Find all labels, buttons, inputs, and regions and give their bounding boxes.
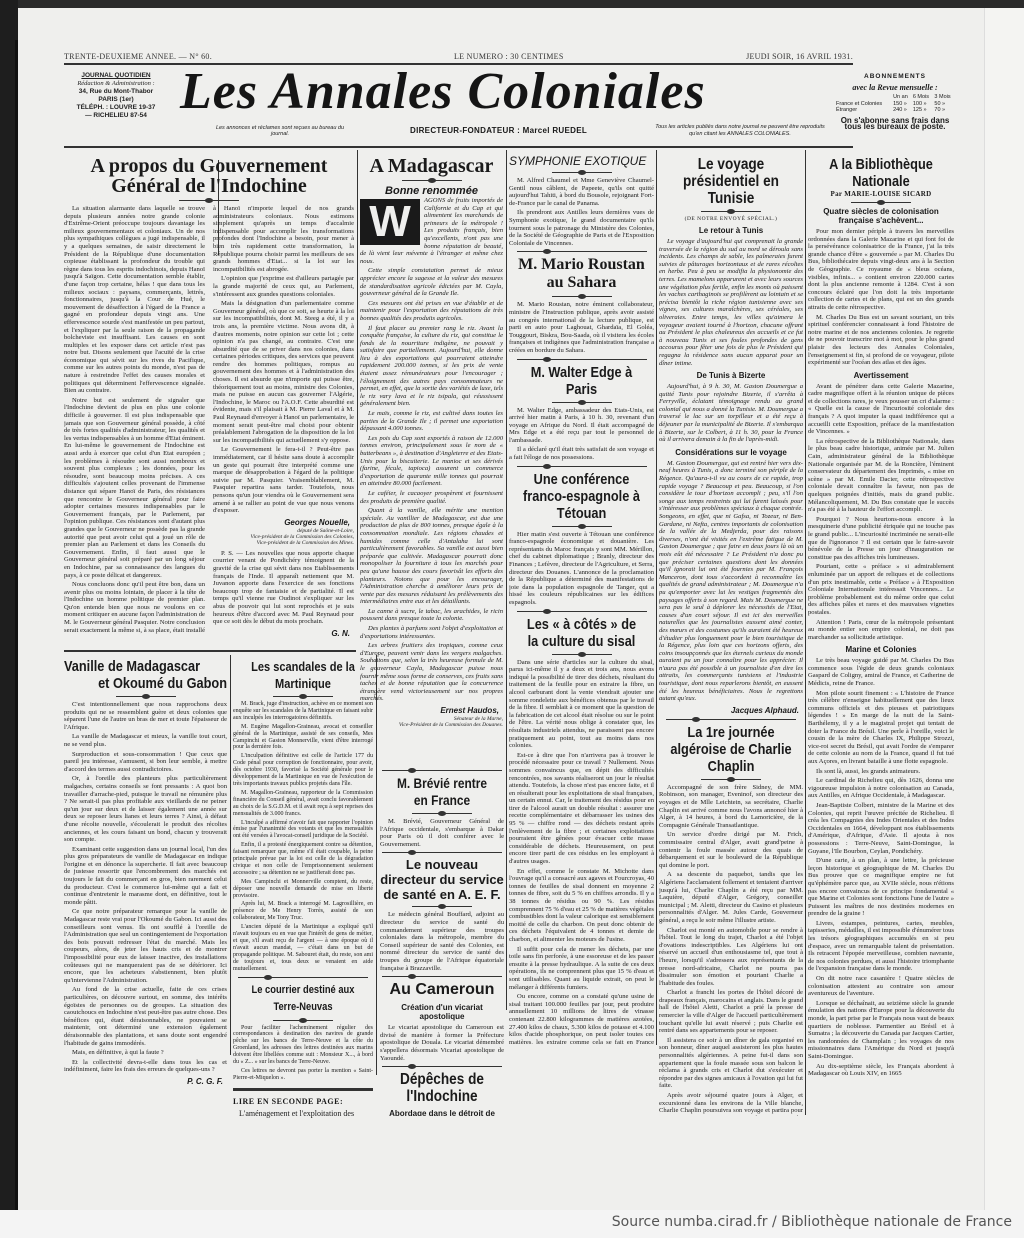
subs-cell: 240 » [892,107,912,114]
signature: G. N. [217,629,350,638]
header-rule-bottom [64,146,853,148]
paragraph: Cette simple constatation permet de mieu… [360,267,503,297]
telephone-1: TÉLÉPH. : LOUVRE 19-37 [64,104,168,112]
paragraph: Examinant cette suggestion dans un journ… [64,846,227,907]
article-vanille: Vanille de Madagascar et Okoumé du Gabon… [64,658,227,1118]
paragraph: Le médecin général Bouffard, adjoint au … [380,911,504,972]
section-heading: Considérations sur le voyage [659,448,803,457]
ornament [517,251,647,252]
paragraph: Après avoir séjourné quatre jours à Alge… [659,1092,803,1116]
subhead: Création d'un vicariat apostolique [380,1003,504,1021]
paragraph: Le très beau voyage guidé par M. Charles… [808,657,954,687]
paragraph: Le maïs, comme le riz, est cultivé dans … [360,410,503,433]
article-bibliotheque: A la Bibliothèque Nationale Par MARIE-LO… [808,156,954,1116]
subscriptions-table: Un an 6 Mois 3 Mois France et Colonies 1… [835,94,955,114]
ornament [552,526,612,527]
paragraph: Pour faciliter l'acheminement régulier d… [233,1025,373,1066]
paragraph: M. Mario Roustan, notre éminent collabor… [509,301,654,354]
headline-sisal: Les « à côtés » de la culture du sisal [520,616,643,650]
subhead: Quatre siècles de colonisation française… [808,207,954,225]
column-rule [230,655,231,1055]
paragraph: M. Brack, juge d'instruction, achève en … [233,701,373,722]
paragraph: M. Alfred Chaumel et Mme Geneviève Chaum… [509,177,654,207]
ornament [238,977,368,978]
scan-border-top [0,0,1024,8]
edition-number: TRENTE-DEUXIEME ANNEE. — N° 60. [64,52,212,61]
paragraph: M. Eugène Magallon-Graineau, avocat et c… [233,724,373,752]
section-rule [64,650,356,652]
ornament [666,719,796,720]
subscriptions-box: ABONNEMENTS avec la Revue mensuelle : Un… [835,74,955,134]
paragraph: En effet, comme le constate M. Michotte … [509,868,654,944]
headline-roustan: M. Mario Roustan au Sahara [509,256,654,292]
page-edge [15,40,18,1210]
headline-voyage: Le voyage présidentiel en Tunisie [670,156,792,207]
issue-price: LE NUMERO : 30 CENTIMES [454,52,564,61]
signature-title: Vice-Président de la Commission des Doua… [360,722,503,728]
paragraph: Livres, estampes, peintures, cartes, meu… [808,920,954,973]
paragraph: Le caféier, le cacaoyer prospèrent et fo… [360,490,503,505]
ornament [402,180,462,181]
signature: Georges Nouelle, [217,518,350,527]
paragraph: Ces mesures ont été prises en vue d'étab… [360,300,503,323]
paragraph: On dit notre race casanière ! Quatre siè… [808,975,954,998]
journal-type: JOURNAL QUOTIDIEN [64,72,168,80]
paragraph: Il suffit pour cela de mener les déchets… [509,946,654,992]
paragraph: Ces lettres ne devront pas porter la men… [233,1068,373,1082]
paragraph: La vanille de Madagascar et mieux, la va… [64,733,227,748]
paragraph: Mon pilote sourit finement : « L'histoir… [808,690,954,766]
paragraph: Au fond de la crise actuelle, faite de c… [64,986,227,1047]
subscriptions-note: On s'abonne sans frais dans tous les bur… [835,118,955,131]
column-2-bottom: Les scandales de la Martinique M. Brack,… [233,658,373,1118]
paragraph: M. Gaston Doumergue, qui est rentré hier… [659,460,803,703]
column-rule [357,150,358,570]
paragraph: Jean-Baptiste Colbert, ministre de la Ma… [808,802,954,855]
ornament [517,466,647,467]
ornament [116,696,176,697]
paragraph: Charlot a franchi les portes de l'hôtel … [659,989,803,1035]
subhead: Abordage dans le détroit de Haïnan [380,1109,504,1116]
headline-madagascar: A Madagascar [360,156,503,176]
paragraph: L'inculpé a affirmé n'avoir fait que rap… [233,820,373,841]
byline: Par MARIE-LOUISE SICARD [808,190,954,198]
paragraph: Pourtant, cette « préface » si admirable… [808,563,954,616]
section-heading: Le retour à Tunis [659,226,803,235]
column-4: SYMPHONIE EXOTIQUE M. Alfred Chaumel et … [509,154,654,1044]
ornament [273,696,333,697]
ornament [382,770,502,771]
headline-bibliotheque: A la Bibliothèque Nationale [819,156,943,190]
paragraph: La situation alarmante dans laquelle se … [64,205,205,395]
headline-indochine: A propos du Gouvernement Général de l'In… [64,156,354,196]
column-rule [506,150,507,1010]
headline-martinique: Les scandales de la Martinique [244,658,363,692]
lire-heading: LIRE EN SECONDE PAGE: [233,1097,373,1106]
paragraph: Est-ce à dire que l'on n'arrivera pas à … [509,752,654,866]
column-5: Le voyage présidentiel en Tunisie (DE NO… [659,156,803,1116]
paragraph: M. Brévié, Gouverneur Général de l'Afriq… [380,818,504,848]
ornament [851,202,911,203]
subs-cell: 70 » [933,107,955,114]
masthead-title: Les Annales Coloniales [180,62,620,121]
column-rule [805,150,806,1115]
ornament [382,852,502,853]
headline-chaplin: La 1re journée algéroise de Charlie Chap… [670,724,792,775]
paragraph: Ce que notre préparateur remarque pour l… [64,908,227,984]
ornament [273,1020,333,1021]
paragraph: Après lui, M. Brack a interrogé M. Lagro… [233,901,373,922]
paragraph: Et la collectivité devra-t-elle dans tou… [64,1059,227,1074]
paragraph: M. Charles Du Bus est un savant souriant… [808,314,954,367]
telephone-2: — RICHELIEU 87-54 [64,112,168,120]
paragraph: Le vicariat apostolique du Cameroun est … [380,1024,504,1062]
paragraph: Or, à l'oreille des planteurs plus parti… [64,775,227,843]
rights-note: Tous les articles publiés dans notre jou… [650,124,830,137]
paragraph: Mais, en définitive, à qui la faute ? [64,1049,227,1057]
ads-note: Les annonces et réclames sont reçues au … [210,125,350,137]
paragraph: Ou encore, comme on a constaté qu'une us… [509,993,654,1044]
paragraph: Notre but est seulement de signaler que … [64,397,205,579]
section-heading: De Tunis à Bizerte [659,371,803,380]
lire-item: L'aménagement et l'exploitation des forê… [239,1109,373,1118]
column-rule [656,150,657,1045]
paragraph: Aujourd'hui, à 9 h. 30, M. Gaston Doumer… [659,383,803,444]
source-credit: Source numba.cirad.fr / Bibliothèque nat… [612,1214,1012,1230]
paragraph: Des plantes à parfums sont l'objet d'exp… [360,625,503,640]
headline-aef: Le nouveau directeur du service de santé… [380,857,504,902]
paragraph: Il assistera ce soir à un dîner de gala … [659,1037,803,1090]
paragraph: L'inculpation définitive est celle de l'… [233,753,373,788]
paragraph: C'est intentionnellement que nous rappro… [64,701,227,731]
signature: Ernest Haudos, [364,706,499,715]
paragraph: A sa descente du paquebot, tandis que le… [659,871,803,924]
section-rule [233,1088,373,1091]
subscriptions-subtitle: avec la Revue mensuelle : [835,85,955,92]
section-heading: Marine et Colonies [808,645,954,654]
subscriptions-title: ABONNEMENTS [835,74,955,81]
paragraph: Enfin, il a protesté énergiquement contr… [233,842,373,877]
ornament [412,906,472,907]
paragraph: Le Gouvernement le fera-t-il ? Peut-être… [213,446,354,514]
paragraph: Le voyage d'aujourd'hui qui comprenait l… [659,238,803,367]
paragraph: M. Magallon-Graineau, rapporteur de la C… [233,790,373,818]
scan-margin-right [984,8,1024,1210]
dropcap-illustration: W [360,199,420,245]
ornament [552,172,612,173]
paragraph: Un service d'ordre dirigé par M. Frich, … [659,831,803,869]
ornament [701,211,761,212]
ornament [382,976,502,977]
paragraph: Au dix-septième siècle, les Français abo… [808,1063,954,1078]
paragraph: Le cardinal de Richelieu qui, dès 1626, … [808,777,954,800]
redaction-label: Rédaction & Administration : [64,80,168,88]
address-city: PARIS (1er) [64,96,168,104]
paragraph: Mais la désignation d'un parlementaire c… [213,300,354,444]
paragraph: Les arbres fruitiers des tropiques, comm… [360,642,503,703]
headline-edge: M. Walter Edge à Paris [520,364,643,398]
subs-cell: 125 » [912,107,934,114]
headline-brevie: M. Brévié rentre en France [389,775,494,809]
signature: Jacques Alphaud. [663,706,799,715]
masthead-address-block: JOURNAL QUOTIDIEN Rédaction & Administra… [64,72,168,120]
paragraph: D'une carte, à un plan, à une lettre, la… [808,857,954,918]
section-heading: Avertissement [808,371,954,380]
signature: P. C. G. F. [68,1077,223,1086]
paragraph: L'ancien député de la Martinique a expli… [233,924,373,972]
ornament [701,779,761,780]
paragraph: Charlot est monté en automobile pour se … [659,927,803,988]
column-3-bottom: M. Brévié rentre en France M. Brévié, Go… [380,766,504,1116]
ornament [552,402,612,403]
paragraph: Hier matin s'est ouverte à Tétouan une c… [509,531,654,607]
subs-row-label: Étranger [835,107,892,114]
ornament [517,611,647,612]
kicker: Bonne renommée [360,185,503,197]
paragraph: Surproduction et sous-consommation ! Que… [64,751,227,774]
issue-date: JEUDI SOIR, 16 AVRIL 1931. [746,52,853,61]
postscript: P. S. — Les nouvelles que nous apporte c… [213,550,354,626]
ornament [552,654,612,655]
headline-terre-neuvas: Le courrier destiné aux Terre-Neuvas [244,982,363,1016]
headline-depeches: Dépêches de l'Indochine [389,1071,494,1105]
ornament [517,359,647,360]
paragraph: M. Walter Edge, ambassadeur des Etats-Un… [509,407,654,445]
paragraph: Les pois du Cap sont exportés à raison d… [360,435,503,488]
paragraph: Avant de pénétrer dans cette Galerie Maz… [808,383,954,436]
paragraph: Pourquoi ? Nous heurtons-nous encore à l… [808,516,954,562]
headline-symphonie: SYMPHONIE EXOTIQUE [509,154,654,168]
headline-vanille-1: Vanille de Madagascar [64,658,203,675]
headline-tetouan: Une conférence franco-espagnole à Tétoua… [520,471,643,522]
signature-title: Vice-président de la Commission des Mine… [213,540,354,546]
paragraph: Dans une série d'articles sur la culture… [509,659,654,750]
paragraph: Mes Campinchi et Monnerville comptent, d… [233,879,373,900]
paragraph: Il a déclaré qu'il était très satisfait … [509,446,654,461]
paragraph: La canne à sucre, le tabac, les arachide… [360,608,503,623]
paragraph: L'opinion que j'exprime est d'ailleurs p… [213,275,354,298]
paragraph: La rétrospective de la Bibliothèque Nati… [808,438,954,514]
paragraph: Attention ! Paris, cœur de la métropole … [808,619,954,642]
paragraph: Quant à la vanille, elle mérite une ment… [360,507,503,606]
ornament [382,1066,502,1067]
ornament [412,813,472,814]
headline-vanille-2: et Okoumé du Gabon [88,675,227,692]
address-street: 34, Rue du Mont-Thabor [64,88,168,96]
paragraph: Accompagné de son frère Sidney, de MM. R… [659,784,803,830]
director-line: DIRECTEUR-FONDATEUR : Marcel RUEDEL [410,126,587,135]
paragraph: Ils prendront aux Antilles leurs dernièr… [509,209,654,247]
paragraph: Lorsque se déchaînait, au seizième siècl… [808,1000,954,1061]
article-indochine: A propos du Gouvernement Général de l'In… [64,156,354,650]
headline-cameroun: Au Cameroun [380,981,504,999]
paragraph: Pour mon dernier périple à travers les m… [808,228,954,312]
ornament [179,200,239,201]
ornament [552,296,612,297]
paragraph: Ils sont là, aussi, les grands animateur… [808,768,954,776]
paragraph: Il faut placer au premier rang le riz. A… [360,325,503,409]
dateline: (DE NOTRE ENVOYÉ SPÉCIAL.) [659,216,803,222]
